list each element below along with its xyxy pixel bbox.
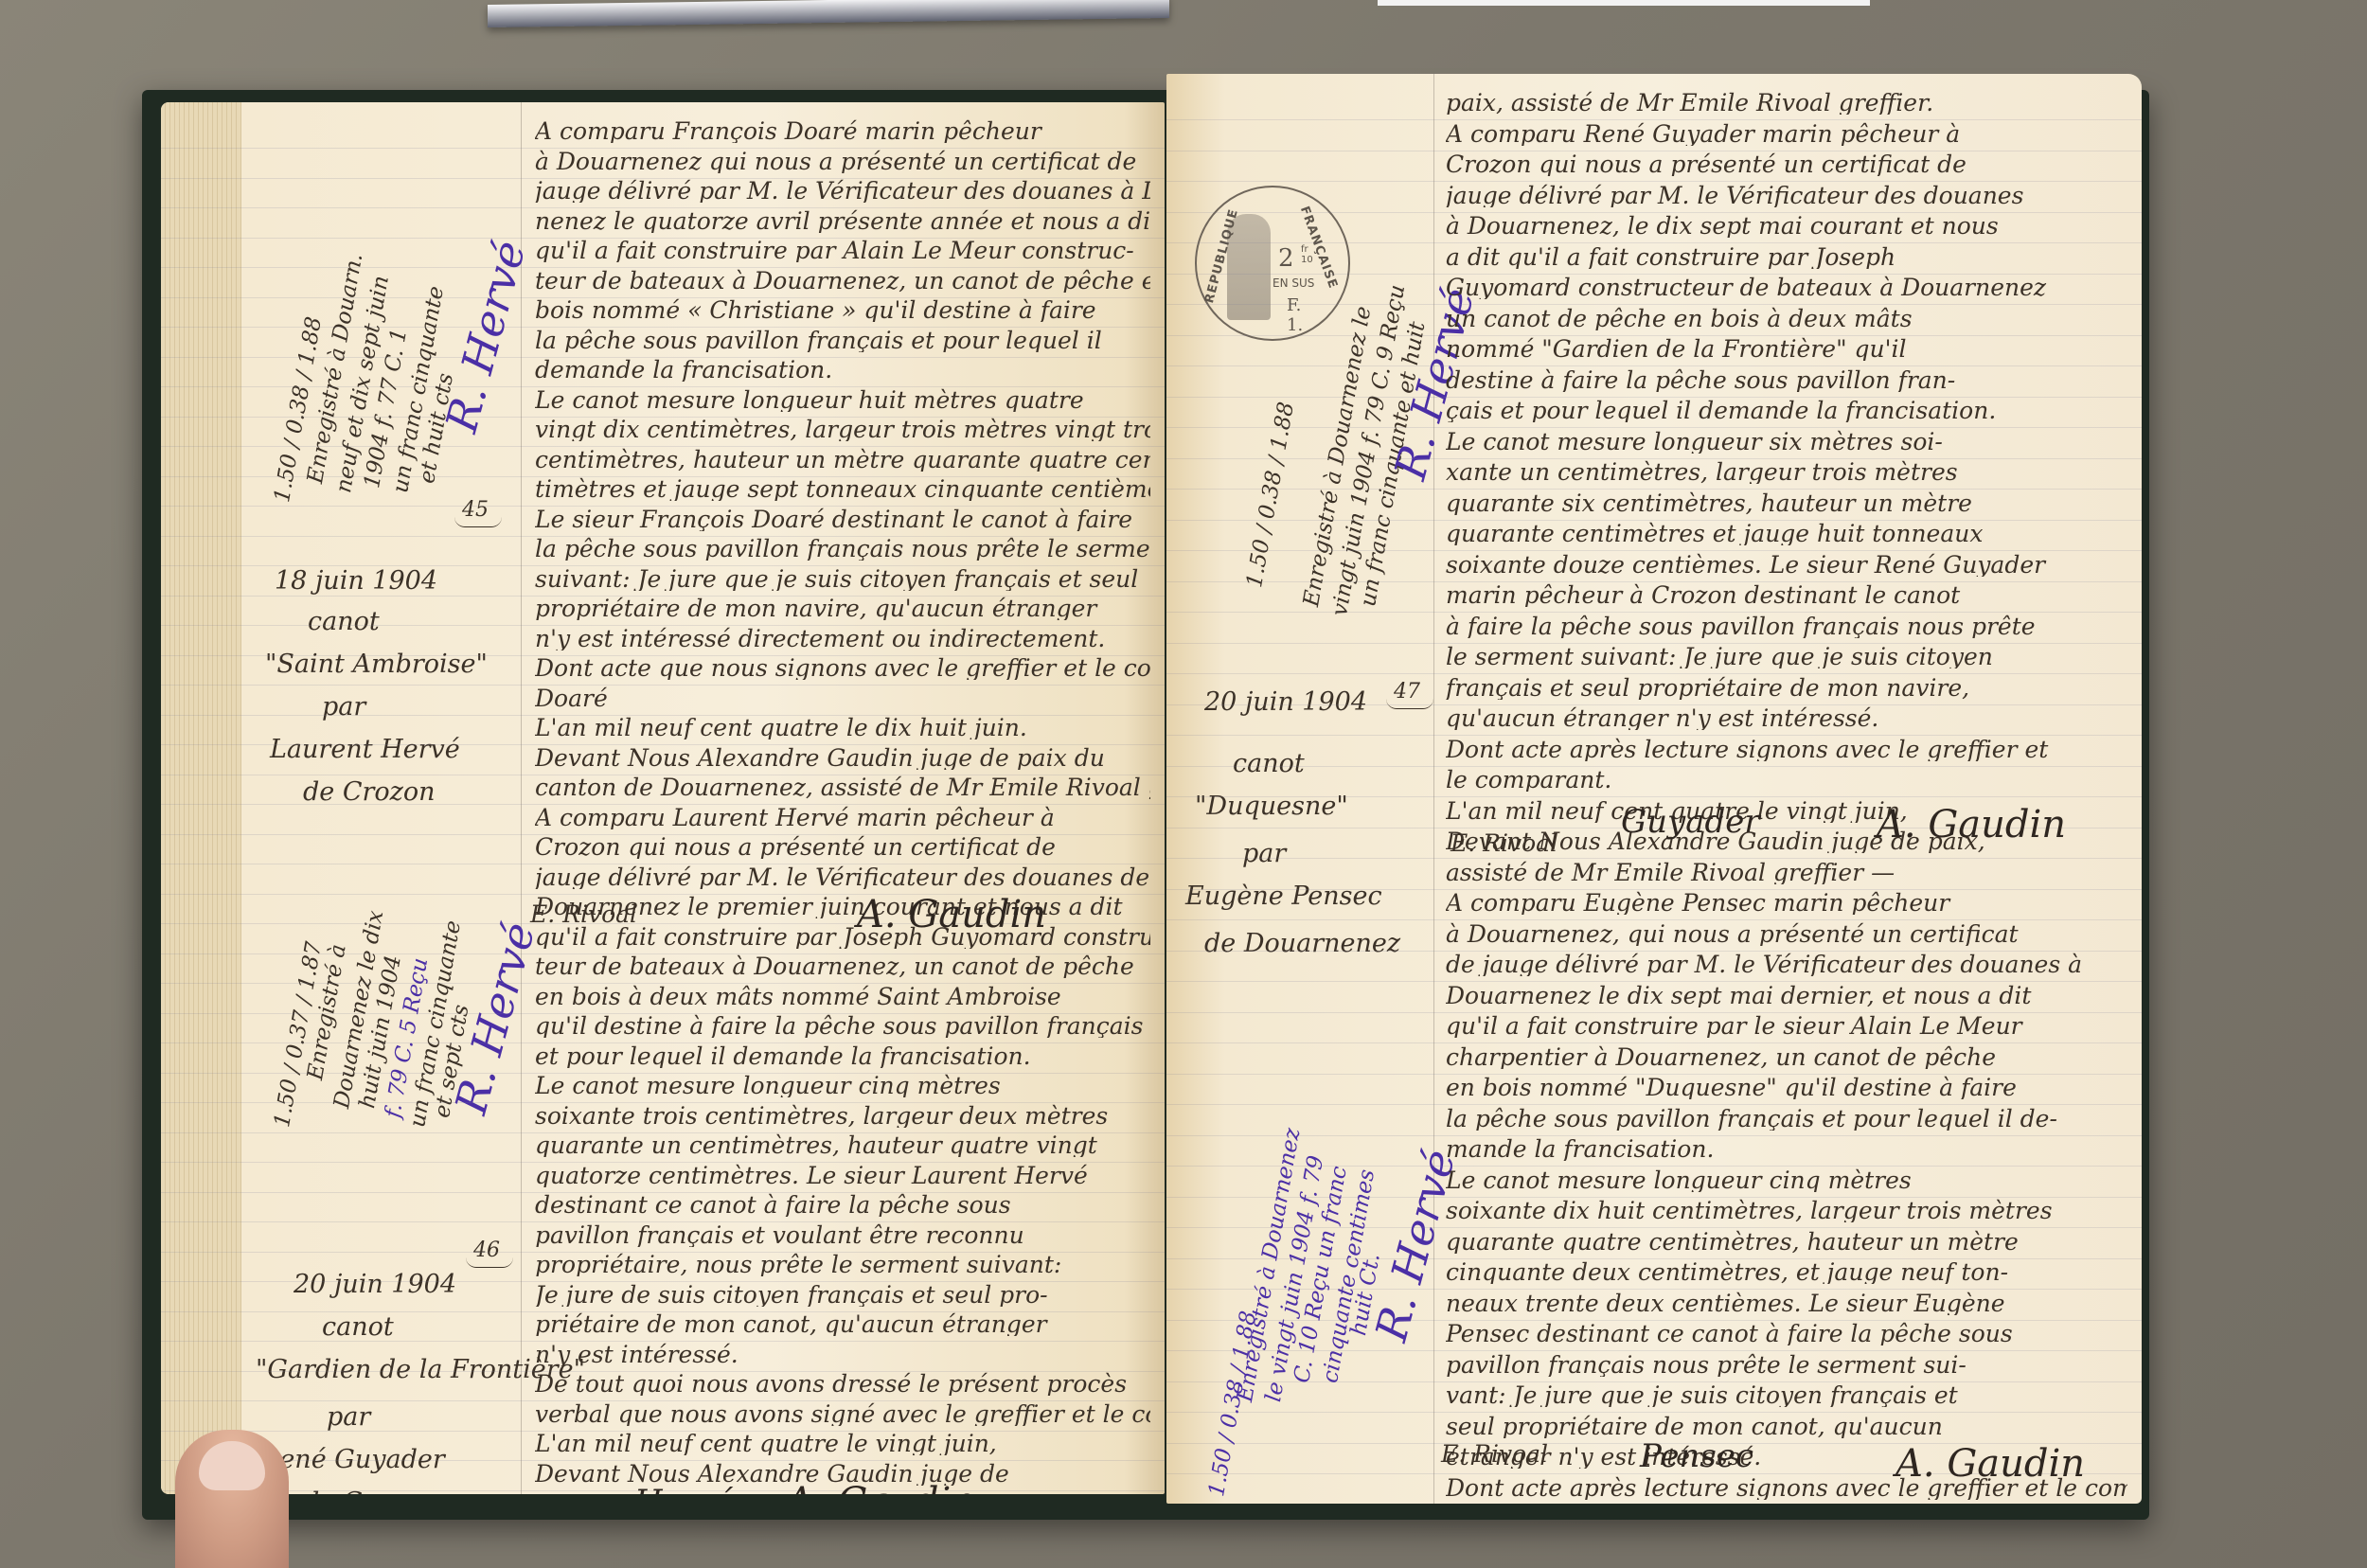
thumbnail-nail bbox=[199, 1441, 265, 1490]
handwritten-line: L'an mil neuf cent quatre le dix huit ju… bbox=[535, 716, 1150, 739]
signature-greffier-3: E. Rivoal bbox=[1450, 831, 1557, 855]
ruled-line bbox=[1166, 919, 2142, 920]
handwritten-line: pavillon français nous prête le serment … bbox=[1446, 1353, 2127, 1377]
revenue-stamp: REPUBLIQUE FRANÇAISE 2 fr10 EN SUS F.1. bbox=[1195, 186, 1350, 341]
ruled-line bbox=[1166, 550, 2142, 551]
handwritten-line: jauge délivré par M. le Vérificateur des… bbox=[535, 179, 1150, 203]
handwritten-line: français et seul propriétaire de mon nav… bbox=[1446, 676, 2127, 700]
handwritten-line: priétaire de mon canot, qu'aucun étrange… bbox=[535, 1312, 1150, 1336]
handwritten-line: quarante quatre centimètres, hauteur un … bbox=[1446, 1230, 2127, 1254]
ruled-line bbox=[1166, 1104, 2142, 1105]
signature-judge-4: A. Gaudin bbox=[1895, 1442, 2085, 1486]
ruled-line bbox=[1166, 889, 2142, 890]
ruled-line bbox=[1166, 458, 2142, 459]
ruled-line bbox=[1166, 796, 2142, 797]
handwritten-line: Le sieur François Doaré destinant le can… bbox=[535, 508, 1150, 531]
handwritten-line: A comparu Laurent Hervé marin pêcheur à bbox=[535, 806, 1150, 829]
handwritten-line: mande la francisation. bbox=[1446, 1137, 2127, 1161]
handwritten-line: n'y est intéressé directement ou indirec… bbox=[535, 627, 1150, 650]
handwritten-line: Douarnenez le dix sept mai dernier, et n… bbox=[1446, 984, 2127, 1007]
ruled-line bbox=[1166, 365, 2142, 366]
ruled-line bbox=[1166, 1258, 2142, 1259]
ruled-line bbox=[1166, 612, 2142, 613]
signature-greffier-1: E. Rivoal bbox=[530, 902, 637, 926]
handwritten-line: bois nommé « Christiane » qu'il destine … bbox=[535, 298, 1150, 322]
entry-47-date: 20 juin 1904 bbox=[1204, 689, 1367, 715]
handwritten-line: seul propriétaire de mon canot, qu'aucun bbox=[1446, 1415, 2127, 1438]
ruled-line bbox=[1166, 581, 2142, 582]
entry-45-origin: de Crozon bbox=[303, 779, 436, 805]
signature-judge-2: A. Gaudin bbox=[786, 1480, 975, 1494]
handwritten-line: suivant: Je jure que je suis citoyen fra… bbox=[535, 567, 1150, 591]
handwritten-line: Crozon qui nous a présenté un certificat… bbox=[1446, 152, 2127, 176]
ruled-line bbox=[1166, 643, 2142, 644]
stamp-series: F.1. bbox=[1287, 295, 1303, 335]
handwritten-line: Pensec destinant ce canot à faire la pêc… bbox=[1446, 1322, 2127, 1345]
handwritten-line: Je jure de suis citoyen français et seul… bbox=[535, 1283, 1150, 1307]
ruled-line bbox=[1166, 1166, 2142, 1167]
right-page: REPUBLIQUE FRANÇAISE 2 fr10 EN SUS F.1. … bbox=[1166, 74, 2142, 1504]
ruled-line bbox=[1166, 673, 2142, 674]
handwritten-line: Le canot mesure longueur cinq mètres bbox=[535, 1074, 1150, 1097]
handwritten-line: Crozon qui nous a présenté un certificat… bbox=[535, 835, 1150, 859]
ruled-line bbox=[1166, 1289, 2142, 1290]
signature-judge-1: A. Gaudin bbox=[857, 893, 1046, 936]
handwritten-line: Devant Nous Alexandre Gaudin juge de pai… bbox=[535, 746, 1150, 770]
handwritten-line: a dit qu'il a fait construire par Joseph bbox=[1446, 245, 2127, 269]
stamp-en-sus: EN SUS bbox=[1272, 276, 1314, 290]
background-book-edge bbox=[488, 0, 1169, 27]
entry-45-vessel-type: canot bbox=[308, 609, 380, 634]
handwritten-line: à Douarnenez, le dix sept mai courant et… bbox=[1446, 214, 2127, 238]
handwritten-line: teur de bateaux à Douarnenez, un canot d… bbox=[535, 954, 1150, 978]
handwritten-line: qu'il a fait construire par Alain Le Meu… bbox=[535, 239, 1150, 262]
entry-45-owner: Laurent Hervé bbox=[270, 737, 460, 762]
background-paper-edge bbox=[1378, 0, 1870, 6]
stamp-value-superscript: fr10 bbox=[1301, 244, 1313, 265]
ruled-line bbox=[1166, 858, 2142, 859]
handwritten-line: n'y est intéressé. bbox=[535, 1343, 1150, 1366]
signature-comparant-pensec: Pensec bbox=[1640, 1437, 1753, 1475]
ruled-line bbox=[1166, 981, 2142, 982]
entry-47-par: par bbox=[1242, 841, 1286, 866]
handwritten-line: propriétaire, nous prête le serment suiv… bbox=[535, 1253, 1150, 1276]
handwritten-line: quatorze centimètres. Le sieur Laurent H… bbox=[535, 1164, 1150, 1187]
ruled-line bbox=[1166, 274, 2142, 275]
entry-47-origin: de Douarnenez bbox=[1204, 931, 1400, 956]
entry-47-vessel-name: "Duquesne" bbox=[1195, 793, 1348, 819]
handwritten-line: L'an mil neuf cent quatre le vingt juin, bbox=[535, 1432, 1150, 1455]
handwritten-line: Guyomard constructeur de bateaux à Douar… bbox=[1446, 276, 2127, 299]
signature-comparant-2: Hervé bbox=[634, 1483, 734, 1494]
handwritten-line: en bois nommé "Duquesne" qu'il destine à… bbox=[1446, 1076, 2127, 1099]
ruled-line bbox=[1166, 489, 2142, 490]
handwritten-line: A comparu René Guyader marin pêcheur à bbox=[1446, 122, 2127, 146]
handwritten-line: Dont acte après lecture signons avec le … bbox=[1446, 738, 2127, 761]
ruled-line bbox=[1166, 704, 2142, 705]
handwritten-line: centimètres, hauteur un mètre quarante q… bbox=[535, 448, 1150, 472]
handwritten-line: assisté de Mr Emile Rivoal greffier — bbox=[1446, 861, 2127, 884]
ruled-line bbox=[1166, 766, 2142, 767]
handwritten-line: timètres et jauge sept tonneaux cinquant… bbox=[535, 477, 1150, 501]
ruled-line bbox=[1166, 1412, 2142, 1413]
ruled-line bbox=[1166, 212, 2142, 213]
ruled-line bbox=[1166, 1350, 2142, 1351]
handwritten-line: quarante six centimètres, hauteur un mèt… bbox=[1446, 491, 2127, 515]
ruled-line bbox=[1166, 1227, 2142, 1228]
entry-47-vessel-type: canot bbox=[1233, 751, 1305, 776]
ruled-line bbox=[1166, 951, 2142, 952]
entry-number-47: 47 bbox=[1394, 680, 1420, 704]
ruled-line bbox=[1166, 1074, 2142, 1075]
margin-rule bbox=[521, 102, 522, 1494]
handwritten-line: en bois à deux mâts nommé Saint Ambroise bbox=[535, 985, 1150, 1008]
entry-45-par: par bbox=[322, 694, 365, 720]
ruled-line bbox=[1166, 735, 2142, 736]
handwritten-line: et pour lequel il demande la francisatio… bbox=[535, 1044, 1150, 1068]
ruled-line bbox=[1166, 304, 2142, 305]
handwritten-line: vant: Je jure que je suis citoyen frança… bbox=[1446, 1383, 2127, 1407]
ruled-line bbox=[1166, 1012, 2142, 1013]
handwritten-line: le serment suivant: Je jure que je suis … bbox=[1446, 645, 2127, 668]
handwritten-line: qu'aucun étranger n'y est intéressé. bbox=[1446, 706, 2127, 730]
handwritten-line: charpentier à Douarnenez, un canot de pê… bbox=[1446, 1045, 2127, 1069]
handwritten-line: xante un centimètres, largeur trois mètr… bbox=[1446, 460, 2127, 484]
thumb bbox=[175, 1430, 289, 1568]
ruled-line bbox=[1166, 242, 2142, 243]
handwritten-line: Dont acte que nous signons avec le greff… bbox=[535, 656, 1150, 680]
handwritten-line: destine à faire la pêche sous pavillon f… bbox=[1446, 368, 2127, 392]
handwritten-line: soixante trois centimètres, largeur deux… bbox=[535, 1104, 1150, 1128]
entry-number-46: 46 bbox=[473, 1238, 500, 1262]
handwritten-line: Le canot mesure longueur six mètres soi- bbox=[1446, 430, 2127, 454]
handwritten-line: à Douarnenez qui nous a présenté un cert… bbox=[535, 150, 1150, 173]
handwritten-line: De tout quoi nous avons dressé le présen… bbox=[535, 1372, 1150, 1396]
handwritten-line: jauge délivré par M. le Vérificateur des… bbox=[535, 865, 1150, 889]
entry-46-date: 20 juin 1904 bbox=[294, 1272, 456, 1297]
handwritten-line: de jauge délivré par M. le Vérificateur … bbox=[1446, 953, 2127, 976]
entry-45-date: 18 juin 1904 bbox=[275, 568, 437, 594]
ruled-line bbox=[1166, 119, 2142, 120]
handwritten-line: teur de bateaux à Douarnenez, un canot d… bbox=[535, 269, 1150, 293]
handwritten-line: le comparant. bbox=[1446, 768, 2127, 792]
handwritten-line: quarante un centimètres, hauteur quatre … bbox=[535, 1133, 1150, 1157]
ruled-line bbox=[1166, 1320, 2142, 1321]
handwritten-line: soixante douze centièmes. Le sieur René … bbox=[1446, 553, 2127, 577]
entry-number-45: 45 bbox=[462, 498, 489, 522]
handwritten-line: A comparu Eugène Pensec marin pêcheur bbox=[1446, 891, 2127, 915]
handwritten-line: marin pêcheur à Crozon destinant le cano… bbox=[1446, 583, 2127, 607]
handwritten-line: la pêche sous pavillon français nous prê… bbox=[535, 537, 1150, 561]
handwritten-line: destinant ce canot à faire la pêche sous bbox=[535, 1193, 1150, 1217]
stamp-value: 2 bbox=[1278, 244, 1294, 273]
handwritten-line: un canot de pêche en bois à deux mâts bbox=[1446, 307, 2127, 330]
signature-greffier-4: E. Rivoal bbox=[1441, 1442, 1548, 1466]
ruled-line bbox=[1166, 1197, 2142, 1198]
handwritten-line: Le canot mesure longueur huit mètres qua… bbox=[535, 388, 1150, 412]
handwritten-line: qu'il destine à faire la pêche sous pavi… bbox=[535, 1014, 1150, 1038]
ruled-line bbox=[1166, 181, 2142, 182]
handwritten-line: propriétaire de mon navire, qu'aucun étr… bbox=[535, 597, 1150, 620]
ruled-line bbox=[1166, 520, 2142, 521]
handwritten-line: çais et pour lequel il demande la franci… bbox=[1446, 399, 2127, 422]
entry-47-owner: Eugène Pensec bbox=[1185, 883, 1382, 909]
ruled-line bbox=[1166, 1135, 2142, 1136]
handwritten-line: vingt dix centimètres, largeur trois mèt… bbox=[535, 418, 1150, 441]
handwritten-line: canton de Douarnenez, assisté de Mr Emil… bbox=[535, 775, 1150, 799]
ruled-line bbox=[1166, 151, 2142, 151]
handwritten-line: neaux trente deux centièmes. Le sieur Eu… bbox=[1446, 1292, 2127, 1315]
handwritten-line: jauge délivré par M. le Vérificateur des… bbox=[1446, 184, 2127, 207]
handwritten-line: paix, assisté de Mr Emile Rivoal greffie… bbox=[1446, 91, 2127, 115]
right-margin-fees-1: 1.50 / 0.38 / 1.88 bbox=[1242, 401, 1299, 590]
ruled-line bbox=[1166, 1042, 2142, 1043]
handwritten-line: Doaré bbox=[535, 686, 1150, 710]
handwritten-line: à faire la pêche sous pavillon français … bbox=[1446, 615, 2127, 638]
handwritten-line: A comparu François Doaré marin pêcheur bbox=[535, 119, 1150, 143]
handwritten-line: quarante centimètres et jauge huit tonne… bbox=[1446, 522, 2127, 545]
left-page: 1.50 / 0.38 / 1.88 Enregistré à Douarn. … bbox=[161, 102, 1165, 1494]
handwritten-line: cinquante deux centimètres, et jauge neu… bbox=[1446, 1260, 2127, 1284]
handwritten-line: verbal que nous avons signé avec le gref… bbox=[535, 1402, 1150, 1426]
ruled-line bbox=[1166, 1381, 2142, 1382]
handwritten-line: à Douarnenez, qui nous a présenté un cer… bbox=[1446, 922, 2127, 946]
entry-46-par: par bbox=[327, 1404, 370, 1430]
handwritten-line: soixante dix huit centimètres, largeur t… bbox=[1446, 1199, 2127, 1222]
handwritten-line: Le canot mesure longueur cinq mètres bbox=[1446, 1168, 2127, 1192]
handwritten-line: nommé "Gardien de la Frontière" qu'il bbox=[1446, 337, 2127, 361]
handwritten-line: nenez le quatorze avril présente année e… bbox=[535, 209, 1150, 233]
handwritten-line: qu'il a fait construire par le sieur Ala… bbox=[1446, 1014, 2127, 1038]
ruled-line bbox=[1166, 335, 2142, 336]
handwritten-line: demande la francisation. bbox=[535, 358, 1150, 382]
signature-comparant-guyader: Guyader bbox=[1621, 803, 1760, 841]
ruled-line bbox=[1166, 397, 2142, 398]
page-edges bbox=[161, 102, 241, 1494]
handwritten-line: qu'il a fait construire par Joseph Guyom… bbox=[535, 925, 1150, 949]
handwritten-line: la pêche sous pavillon français et pour … bbox=[1446, 1107, 2127, 1131]
ruled-line bbox=[1166, 427, 2142, 428]
handwritten-line: la pêche sous pavillon français et pour … bbox=[535, 329, 1150, 352]
signature-judge-3: A. Gaudin bbox=[1877, 803, 2066, 846]
handwritten-line: pavillon français et voulant être reconn… bbox=[535, 1223, 1150, 1247]
entry-46-vessel-type: canot bbox=[322, 1314, 394, 1340]
